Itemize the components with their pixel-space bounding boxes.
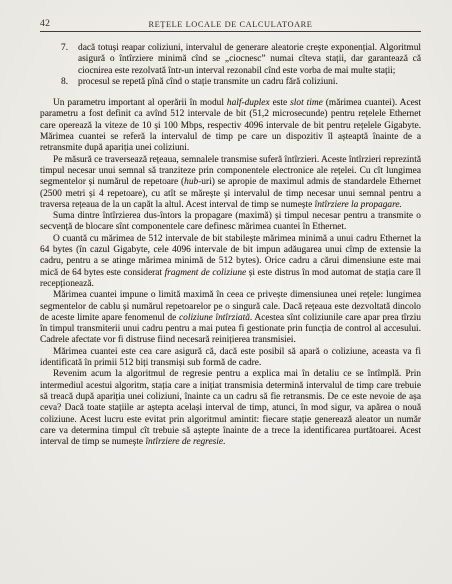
list-item: 7.dacă totuși reapar coliziuni, interval… [40,43,421,77]
page-header: 42 REȚELE LOCALE DE CALCULATOARE [40,18,421,32]
text-run: Revenim acum la algoritmul de regresie p… [40,369,421,447]
italic-text-run: întîrziere la propagare. [315,200,402,210]
text-run: . [223,437,225,447]
italic-text-run: întîrziere de regresie [145,437,223,447]
paragraph: Revenim acum la algoritmul de regresie p… [40,369,421,448]
paragraph: Suma dintre întîrzierea dus-întors la pr… [40,211,421,234]
paragraph: O cuantă cu mărimea de 512 intervale de … [40,234,421,290]
list-item-number: 7. [61,43,68,54]
italic-text-run: fragment de coliziune [165,268,247,278]
body-paragraphs: Un parametru important al operării în mo… [40,98,421,448]
paragraph: Un parametru important al operării în mo… [40,98,421,154]
text-run: este [270,98,291,108]
italic-text-run: half-duplex [227,98,270,108]
paragraph: Mărimea cuantei impune o limită maximă î… [40,290,421,346]
paragraph: Mărimea cuantei este cea care asigură că… [40,347,421,370]
text-run: procesul se repetă pînă cînd o stație tr… [78,77,338,87]
list-item: 8.procesul se repetă pînă cînd o stație … [40,77,421,88]
text-run: dacă totuși reapar coliziuni, intervalul… [78,43,421,76]
running-title: REȚELE LOCALE DE CALCULATOARE [40,20,421,29]
paragraph: Pe măsură ce traversează rețeaua, semnal… [40,155,421,211]
numbered-list: 7.dacă totuși reapar coliziuni, interval… [40,43,421,88]
text-run: Suma dintre întîrzierea dus-întors la pr… [40,211,421,232]
italic-text-run: hub [184,177,198,187]
list-item-number: 8. [61,77,68,88]
italic-text-run: coliziune întîrziată [179,313,250,323]
text-run: Mărimea cuantei este cea care asigură că… [40,347,421,368]
italic-text-run: slot time [290,98,323,108]
book-page: 42 REȚELE LOCALE DE CALCULATOARE 7.dacă … [0,0,452,584]
text-run: Un parametru important al operării în mo… [53,98,227,108]
